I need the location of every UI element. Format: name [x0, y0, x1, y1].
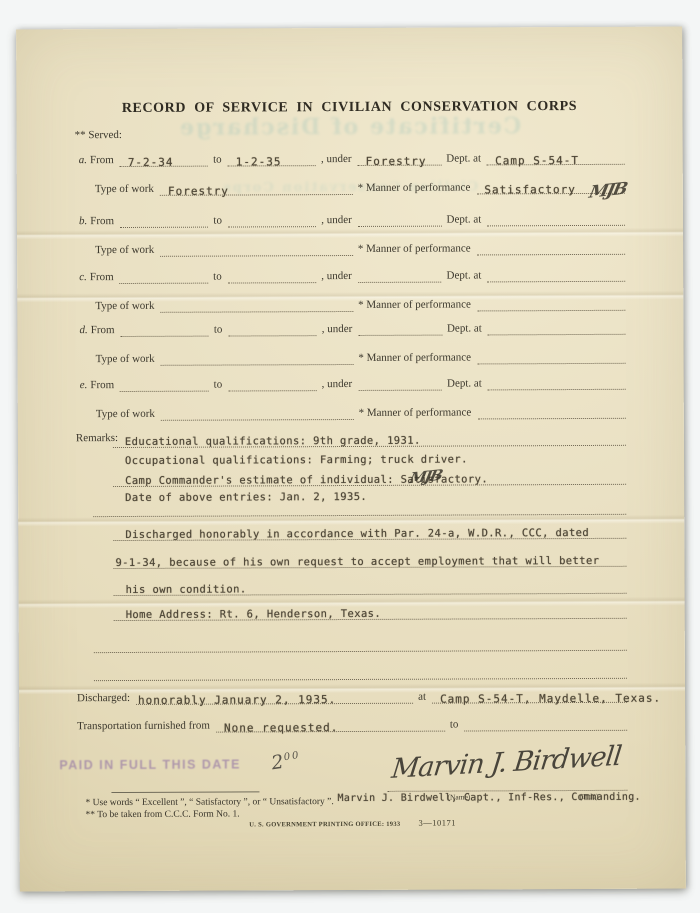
- from-label: From: [90, 215, 114, 228]
- paid-stamp: PAID IN FULL THIS DATE: [59, 757, 241, 772]
- row-letter: b.: [79, 215, 87, 228]
- row-letter: a.: [79, 154, 87, 167]
- from-field: 7-2-34: [120, 153, 208, 167]
- discharge-paragraph-line: 9-1-34, because of his own request to ac…: [113, 551, 626, 569]
- to-label: to: [213, 271, 222, 284]
- printing-office-text: U. S. GOVERNMENT PRINTING OFFICE: 1933: [249, 821, 400, 829]
- row-letter: c.: [79, 271, 87, 284]
- service-row-d-line1: d. From to , under Dept. at: [79, 321, 625, 337]
- type-of-work-field: [161, 351, 354, 366]
- manner-field: [477, 350, 626, 365]
- dept-at-label: Dept. at: [446, 152, 481, 165]
- to-field: 1-2-35: [228, 152, 316, 166]
- under-field: [358, 377, 442, 391]
- type-of-work-label: Type of work: [95, 300, 154, 313]
- from-field: [120, 214, 208, 228]
- from-label: From: [91, 324, 115, 337]
- to-field: [228, 213, 316, 227]
- type-of-work-field: Forestry: [160, 181, 353, 196]
- dept-field: [487, 212, 625, 227]
- dept-at-label: Dept. at: [447, 377, 482, 390]
- transportation-to-field: [464, 717, 627, 732]
- remarks-line: Educational qualifications: 9th grade, 1…: [113, 430, 626, 448]
- short-rule: [111, 790, 259, 793]
- transportation-from-field: None requested.: [216, 718, 445, 733]
- transportation-value: None requested.: [224, 721, 338, 734]
- dept-at-label: Dept. at: [447, 269, 482, 282]
- scanned-document: Certificate of Discharge Civilian Conser…: [16, 27, 686, 892]
- service-row-b-line1: b. From to , under Dept. at: [79, 212, 625, 228]
- to-field: [228, 322, 316, 336]
- handwritten-amount: 200: [270, 748, 303, 774]
- remarks-label: Remarks:: [76, 432, 118, 445]
- manner-value: Satisfactory: [484, 183, 576, 196]
- from-field: [120, 323, 208, 337]
- row-letter: d.: [79, 324, 87, 337]
- under-field: [358, 213, 442, 227]
- type-of-work-label: Type of work: [95, 244, 154, 257]
- dept-field: [487, 268, 625, 283]
- type-of-work-field: [160, 298, 353, 313]
- transportation-label: Transportation furnished from: [77, 720, 210, 734]
- dept-at-label: Dept. at: [447, 322, 482, 335]
- discharged-label: Discharged:: [77, 692, 130, 705]
- handwritten-initials: MJB: [408, 466, 443, 487]
- discharge-text: 9-1-34, because of his own request to ac…: [115, 555, 599, 569]
- manner-field: [477, 297, 626, 312]
- service-row-c-line1: c. From to , under Dept. at: [79, 268, 625, 284]
- service-row-e-line2: Type of work * Manner of performance: [96, 405, 626, 421]
- to-field: [228, 269, 317, 283]
- under-label: , under: [322, 323, 353, 336]
- type-of-work-label: Type of work: [96, 353, 155, 366]
- service-row-c-line2: Type of work * Manner of performance: [95, 297, 625, 313]
- under-label: , under: [322, 378, 353, 391]
- dept-at-label: Dept. at: [446, 213, 481, 226]
- handwritten-initials: MJB: [587, 179, 628, 203]
- form-number: 3—10171: [418, 818, 456, 828]
- remarks-line: Camp Commander's estimate of individual:…: [113, 469, 626, 487]
- discharged-value: honorably January 2, 1935.: [138, 693, 336, 707]
- manner-label: * Manner of performance: [359, 406, 472, 419]
- from-field: [120, 270, 209, 284]
- service-row-b-line2: Type of work * Manner of performance: [95, 241, 625, 257]
- blank-rule: [94, 649, 627, 653]
- discharge-paragraph-line: Discharged honorably in accordance with …: [113, 523, 626, 541]
- type-of-work-label: Type of work: [95, 183, 154, 196]
- row-letter: e.: [80, 379, 88, 392]
- type-of-work-field: [160, 242, 353, 257]
- to-label: to: [214, 379, 223, 392]
- remarks-text: Occupational qualifications: Farming; tr…: [125, 453, 468, 466]
- print-imprint: U. S. GOVERNMENT PRINTING OFFICE: 19333—…: [20, 817, 686, 830]
- blank-rule: [93, 513, 626, 517]
- home-address-line: Home Address: Rt. 6, Henderson, Texas.: [114, 603, 627, 621]
- manner-label: * Manner of performance: [358, 351, 471, 364]
- under-label: , under: [321, 214, 352, 227]
- discharge-paragraph-line: his own condition.: [114, 578, 627, 596]
- service-row-a-line2: Type of work Forestry * Manner of perfor…: [95, 180, 625, 196]
- served-label: ** Served:: [75, 129, 122, 142]
- under-value: Forestry: [366, 155, 427, 168]
- manner-field: [477, 405, 626, 420]
- discharge-text: Discharged honorably in accordance with …: [125, 527, 589, 541]
- fold-crease: [17, 228, 683, 240]
- under-label: , under: [321, 153, 352, 166]
- manner-label: * Manner of performance: [358, 298, 471, 311]
- discharged-field: honorably January 2, 1935.: [136, 690, 413, 705]
- to-field: [228, 377, 317, 391]
- type-of-work-value: Forestry: [168, 185, 229, 198]
- handwritten-signature: Marvin J. Birdwell: [370, 740, 643, 787]
- to-label: to: [450, 719, 459, 732]
- type-of-work-field: [161, 406, 354, 421]
- under-field: [358, 269, 442, 283]
- amount-cents: 00: [283, 750, 301, 763]
- manner-field: [477, 241, 626, 256]
- dept-field: Camp S-54-T: [487, 151, 625, 166]
- manner-label: * Manner of performance: [358, 242, 471, 255]
- service-row-e-line1: e. From to , under Dept. at: [80, 376, 626, 392]
- service-row-a-line1: a. From 7-2-34 to 1-2-35 , under Forestr…: [79, 151, 625, 167]
- to-label: to: [213, 154, 222, 167]
- to-label: to: [213, 215, 222, 228]
- dept-field: [488, 376, 626, 391]
- remarks-line: Occupational qualifications: Farming; tr…: [113, 449, 626, 466]
- from-label: From: [90, 379, 114, 392]
- discharged-line: Discharged: honorably January 2, 1935. a…: [77, 689, 627, 705]
- document-title: RECORD OF SERVICE IN CIVILIAN CONSERVATI…: [16, 99, 682, 118]
- to-label: to: [214, 324, 223, 337]
- blank-rule: [94, 677, 627, 681]
- typed-signature: Marvin J. Birdwell, Capt., Inf-Res., Com…: [337, 792, 640, 804]
- dept-value: Camp S-54-T: [495, 154, 579, 167]
- from-label: From: [90, 154, 114, 167]
- from-value: 7-2-34: [128, 156, 174, 169]
- type-of-work-label: Type of work: [96, 408, 155, 421]
- under-field: Forestry: [358, 152, 442, 166]
- dept-field: [488, 321, 626, 336]
- from-label: From: [90, 271, 114, 284]
- discharged-location-value: Camp S-54-T, Maydelle, Texas.: [440, 692, 661, 706]
- remarks-text: Educational qualifications: 9th grade, 1…: [125, 435, 421, 448]
- remarks-text: Date of above entries: Jan. 2, 1935.: [125, 491, 367, 504]
- service-row-d-line2: Type of work * Manner of performance: [96, 350, 626, 366]
- remarks-line: Date of above entries: Jan. 2, 1935.: [113, 486, 626, 503]
- at-label: at: [418, 691, 426, 704]
- footnote-1: * Use words “ Excellent ”, “ Satisfactor…: [85, 797, 333, 808]
- discharge-text: his own condition.: [126, 583, 247, 596]
- under-field: [358, 322, 442, 336]
- under-label: , under: [321, 270, 352, 283]
- home-address-text: Home Address: Rt. 6, Henderson, Texas.: [126, 608, 381, 621]
- manner-label: * Manner of performance: [358, 181, 471, 194]
- transportation-line: Transportation furnished from None reque…: [77, 717, 627, 733]
- discharged-location-field: Camp S-54-T, Maydelle, Texas.: [432, 689, 627, 704]
- to-value: 1-2-35: [236, 155, 282, 168]
- from-field: [120, 378, 209, 392]
